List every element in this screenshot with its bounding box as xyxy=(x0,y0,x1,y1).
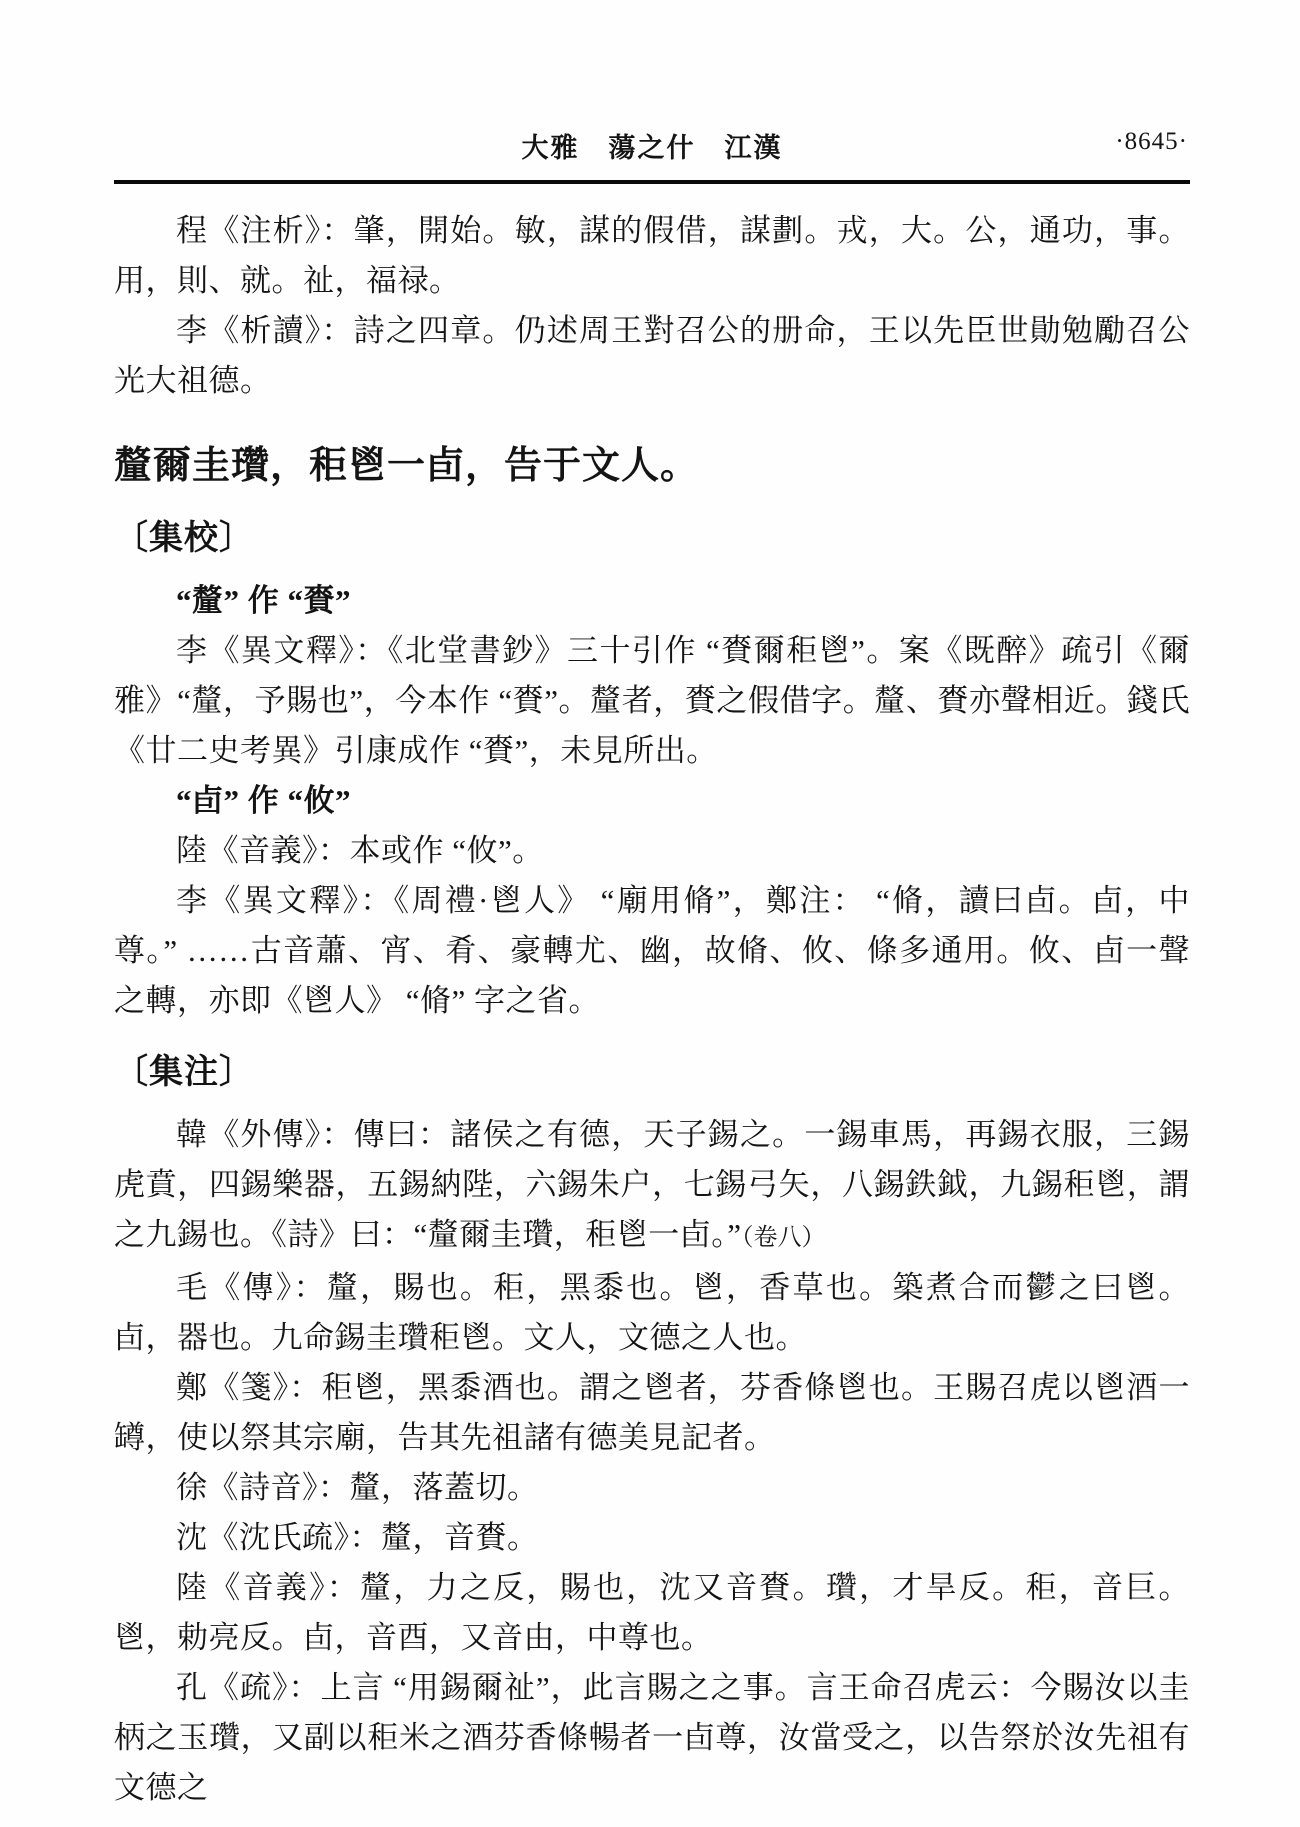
volume-reference: （卷八） xyxy=(742,1225,826,1251)
header-rule xyxy=(114,180,1190,184)
paragraph-xu-shiyin: 徐《詩音》：釐，落蓋切。 xyxy=(114,1463,1190,1513)
paragraph-li-xidu: 李《析讀》：詩之四章。仍述周王對召公的册命，王以先臣世勛勉勵召公光大祖德。 xyxy=(114,306,1190,406)
paragraph-shen-shenshishu: 沈《沈氏疏》：釐，音賚。 xyxy=(114,1513,1190,1563)
section-heading-jijiao: 〔集校〕 xyxy=(114,516,1190,562)
paragraph-li-yiwenshi-1: 李《異文釋》：《北堂書鈔》三十引作 “賚爾秬鬯”。案《既醉》疏引《爾雅》“釐，予… xyxy=(114,626,1190,776)
variant-note-you-you: “卣” 作 “攸” xyxy=(114,776,1190,826)
variant-note-li-lai: “釐” 作 “賚” xyxy=(114,576,1190,626)
paragraph-kong-shu: 孔《疏》：上言 “用錫爾祉”，此言賜之之事。言王命召虎云：今賜汝以圭柄之玉瓚，又… xyxy=(114,1663,1190,1813)
page-body: 程《注析》：肇，開始。敏，謀的假借，謀劃。戎，大。公，通功，事。用，則、就。祉，… xyxy=(114,206,1190,1813)
verse-heading: 釐爾圭瓚，秬鬯一卣，告于文人。 xyxy=(114,440,1190,492)
page-header: 大雅 蕩之什 江漢 ·8645· xyxy=(114,126,1190,166)
paragraph-lu-yinyi-2: 陸《音義》：釐，力之反，賜也，沈又音賚。瓚，才旱反。秬，音巨。鬯，勅亮反。卣，音… xyxy=(114,1563,1190,1663)
scanned-book-page: 大雅 蕩之什 江漢 ·8645· 程《注析》：肇，開始。敏，謀的假借，謀劃。戎，… xyxy=(0,0,1300,1827)
page-number: ·8645· xyxy=(1115,128,1188,156)
paragraph-lu-yinyi-1: 陸《音義》：本或作 “攸”。 xyxy=(114,826,1190,876)
section-heading-jizhu: 〔集注〕 xyxy=(114,1050,1190,1096)
paragraph-cheng-zhuxi: 程《注析》：肇，開始。敏，謀的假借，謀劃。戎，大。公，通功，事。用，則、就。祉，… xyxy=(114,206,1190,306)
paragraph-han-waizhuan: 韓《外傳》：傳曰：諸侯之有德，天子錫之。一錫車馬，再錫衣服，三錫虎賁，四錫樂器，… xyxy=(114,1110,1190,1263)
paragraph-han-waizhuan-text: 韓《外傳》：傳曰：諸侯之有德，天子錫之。一錫車馬，再錫衣服，三錫虎賁，四錫樂器，… xyxy=(114,1117,1190,1252)
paragraph-zheng-jian: 鄭《箋》：秬鬯，黑黍酒也。謂之鬯者，芬香條鬯也。王賜召虎以鬯酒一罇，使以祭其宗廟… xyxy=(114,1363,1190,1463)
paragraph-li-yiwenshi-2: 李《異文釋》：《周禮·鬯人》 “廟用脩”，鄭注： “脩，讀曰卣。卣，中尊。” …… xyxy=(114,876,1190,1026)
paragraph-mao-zhuan: 毛《傳》：釐，賜也。秬，黑黍也。鬯，香草也。築煮合而鬱之曰鬯。卣，器也。九命錫圭… xyxy=(114,1263,1190,1363)
running-title: 大雅 蕩之什 江漢 xyxy=(114,126,1190,165)
